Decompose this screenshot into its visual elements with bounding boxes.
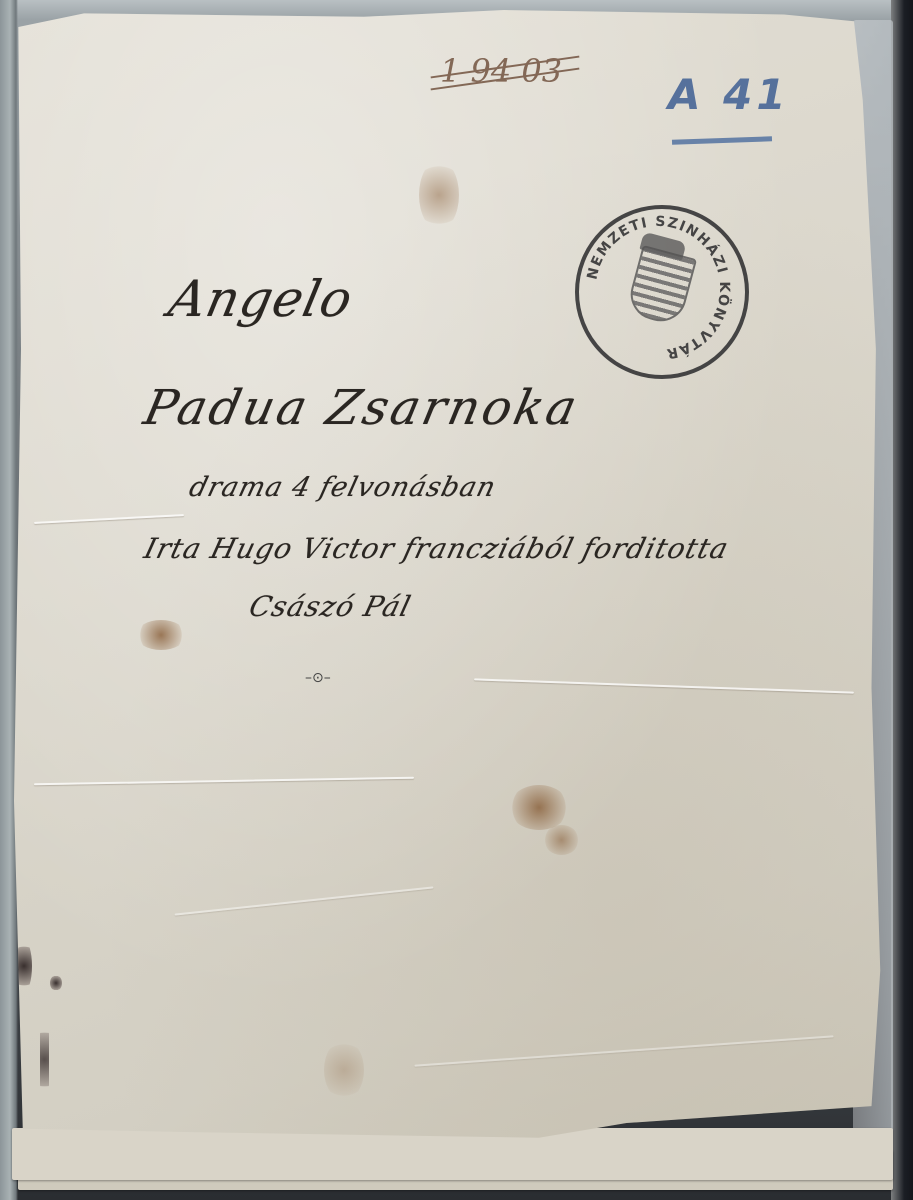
paper-crease <box>34 514 184 524</box>
title-line-1: Angelo <box>164 270 358 328</box>
stain <box>509 785 569 830</box>
manuscript-cover <box>14 10 889 1140</box>
paper-crease <box>474 678 854 693</box>
stain <box>419 160 459 230</box>
title-line-2: Padua Zsarnoka <box>139 380 584 436</box>
paper-crease <box>414 1035 833 1066</box>
author-line: Irta Hugo Victor francziából forditotta <box>141 532 732 565</box>
ink-blot <box>40 1022 49 1097</box>
translator-line: Császó Pál <box>246 590 415 623</box>
paper-crease <box>34 777 414 786</box>
center-mark: –⊙– <box>305 670 331 686</box>
paper-crease <box>175 886 434 915</box>
library-stamp: NEMZETI SZINHÁZI KÖNYVTÁR <box>575 205 749 379</box>
ink-blot <box>50 975 62 991</box>
stain <box>544 825 579 855</box>
shelfmark: A 41 <box>668 70 790 119</box>
stain <box>324 1040 364 1100</box>
stain <box>136 620 186 650</box>
crossed-out-reference: 1 94 03 <box>440 52 562 90</box>
binding-edge <box>891 0 913 1200</box>
genre-line: drama 4 felvonásban <box>186 472 499 503</box>
